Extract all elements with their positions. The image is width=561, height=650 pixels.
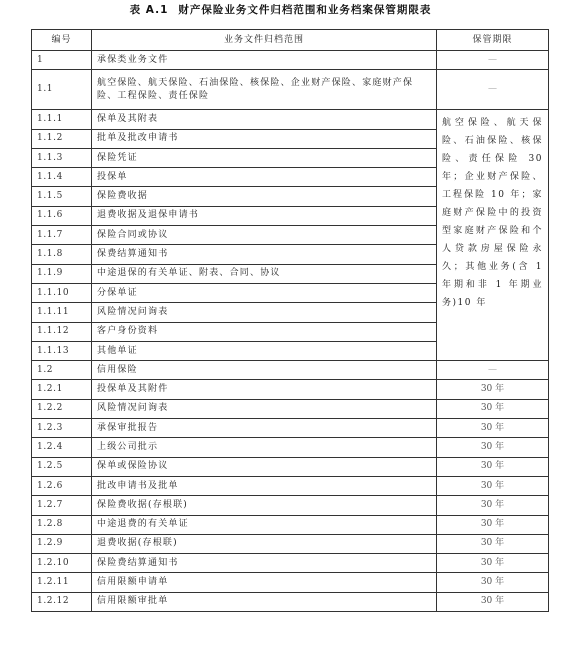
table-row: 1.2.5保单或保险协议30 年 <box>32 457 549 476</box>
table-row: 1.2.8中途退费的有关单证30 年 <box>32 515 549 534</box>
row-id: 1.1.11 <box>32 303 92 322</box>
row-scope: 分保单证 <box>92 283 437 302</box>
row-scope: 保险凭证 <box>92 148 437 167</box>
row-id: 1.1.6 <box>32 206 92 225</box>
table-row: 1.2.11信用限额申请单30 年 <box>32 573 549 592</box>
row-retention: 30 年 <box>437 476 549 495</box>
archive-retention-table: 编号 业务文件归档范围 保管期限 1 承保类业务文件 — 1.1 航空保险、航天… <box>31 29 549 612</box>
row-retention: — <box>437 70 549 110</box>
row-scope: 客户身份资料 <box>92 322 437 341</box>
row-scope: 保险合同或协议 <box>92 226 437 245</box>
row-id: 1.2.4 <box>32 438 92 457</box>
header-scope: 业务文件归档范围 <box>92 30 437 51</box>
row-scope: 退费收据及退保申请书 <box>92 206 437 225</box>
row-id: 1.1.13 <box>32 341 92 360</box>
row-id: 1.1.7 <box>32 226 92 245</box>
row-id: 1.1.10 <box>32 283 92 302</box>
table-row: 1.2.1投保单及其附件30 年 <box>32 380 549 399</box>
table-row: 1.1.1 保单及其附表 航空保险、航天保险、石油保险、核保险、责任保险 30 … <box>32 110 549 129</box>
row-scope: 承保类业务文件 <box>92 51 437 70</box>
row-scope: 承保审批报告 <box>92 419 437 438</box>
row-retention: 30 年 <box>437 380 549 399</box>
row-id: 1.1.3 <box>32 148 92 167</box>
row-retention: — <box>437 51 549 70</box>
row-scope: 保险费收据 <box>92 187 437 206</box>
row-id: 1.2.2 <box>32 399 92 418</box>
row-id: 1.2.7 <box>32 496 92 515</box>
header-retention: 保管期限 <box>437 30 549 51</box>
table-title-text: 财产保险业务文件归档范围和业务档案保管期限表 <box>178 4 431 16</box>
row-scope: 其他单证 <box>92 341 437 360</box>
row-id: 1.1.9 <box>32 264 92 283</box>
row-scope: 上级公司批示 <box>92 438 437 457</box>
table-row: 1.2.6批改申请书及批单30 年 <box>32 476 549 495</box>
table-row: 1.2 信用保险 — <box>32 361 549 380</box>
row-scope: 信用限额申请单 <box>92 573 437 592</box>
table-row: 1.1 航空保险、航天保险、石油保险、核保险、企业财产保险、家庭财产保险、工程保… <box>32 70 549 110</box>
row-id: 1.2.5 <box>32 457 92 476</box>
row-scope: 批改申请书及批单 <box>92 476 437 495</box>
row-retention: 30 年 <box>437 496 549 515</box>
table-row: 1.2.7保险费收据(存根联)30 年 <box>32 496 549 515</box>
row-scope: 信用保险 <box>92 361 437 380</box>
row-scope: 保费结算通知书 <box>92 245 437 264</box>
row-retention: 30 年 <box>437 419 549 438</box>
merged-retention-cell: 航空保险、航天保险、石油保险、核保险、责任保险 30 年；企业财产保险、工程保险… <box>437 110 549 361</box>
header-id: 编号 <box>32 30 92 51</box>
table-row: 1 承保类业务文件 — <box>32 51 549 70</box>
row-scope: 投保单 <box>92 168 437 187</box>
row-id: 1.2 <box>32 361 92 380</box>
row-id: 1 <box>32 51 92 70</box>
row-id: 1.1.12 <box>32 322 92 341</box>
table-row: 1.2.10保险费结算通知书30 年 <box>32 554 549 573</box>
row-retention: 30 年 <box>437 457 549 476</box>
row-scope: 保险费结算通知书 <box>92 554 437 573</box>
row-retention: 30 年 <box>437 534 549 553</box>
row-id: 1.1.2 <box>32 129 92 148</box>
table-title: 表 A.1财产保险业务文件归档范围和业务档案保管期限表 <box>0 2 561 17</box>
row-id: 1.1.4 <box>32 168 92 187</box>
row-scope: 保险费收据(存根联) <box>92 496 437 515</box>
row-id: 1.2.11 <box>32 573 92 592</box>
row-retention: 30 年 <box>437 554 549 573</box>
row-id: 1.2.9 <box>32 534 92 553</box>
row-scope: 风险情况问询表 <box>92 399 437 418</box>
row-scope: 保单或保险协议 <box>92 457 437 476</box>
row-id: 1.1.8 <box>32 245 92 264</box>
table-number: 表 A.1 <box>130 4 169 16</box>
row-retention: 30 年 <box>437 573 549 592</box>
table-row: 1.2.3承保审批报告30 年 <box>32 419 549 438</box>
row-scope: 退费收据(存根联) <box>92 534 437 553</box>
table-row: 1.2.4上级公司批示30 年 <box>32 438 549 457</box>
row-id: 1.1.5 <box>32 187 92 206</box>
table-row: 1.2.9退费收据(存根联)30 年 <box>32 534 549 553</box>
row-id: 1.2.6 <box>32 476 92 495</box>
row-retention: 30 年 <box>437 438 549 457</box>
row-scope: 航空保险、航天保险、石油保险、核保险、企业财产保险、家庭财产保险、工程保险、责任… <box>92 70 437 110</box>
row-id: 1.2.12 <box>32 592 92 611</box>
row-id: 1.1.1 <box>32 110 92 129</box>
row-scope: 中途退费的有关单证 <box>92 515 437 534</box>
row-scope: 中途退保的有关单证、附表、合同、协议 <box>92 264 437 283</box>
row-retention: 30 年 <box>437 592 549 611</box>
row-retention: 30 年 <box>437 399 549 418</box>
row-id: 1.2.8 <box>32 515 92 534</box>
table-row: 1.2.2风险情况问询表30 年 <box>32 399 549 418</box>
row-scope: 信用限额审批单 <box>92 592 437 611</box>
row-id: 1.2.1 <box>32 380 92 399</box>
row-scope: 批单及批改申请书 <box>92 129 437 148</box>
row-retention: 30 年 <box>437 515 549 534</box>
row-id: 1.1 <box>32 70 92 110</box>
row-retention: — <box>437 361 549 380</box>
table-row: 1.2.12信用限额审批单30 年 <box>32 592 549 611</box>
row-id: 1.2.10 <box>32 554 92 573</box>
row-scope: 投保单及其附件 <box>92 380 437 399</box>
row-scope: 保单及其附表 <box>92 110 437 129</box>
header-row: 编号 业务文件归档范围 保管期限 <box>32 30 549 51</box>
row-scope: 风险情况问询表 <box>92 303 437 322</box>
row-id: 1.2.3 <box>32 419 92 438</box>
